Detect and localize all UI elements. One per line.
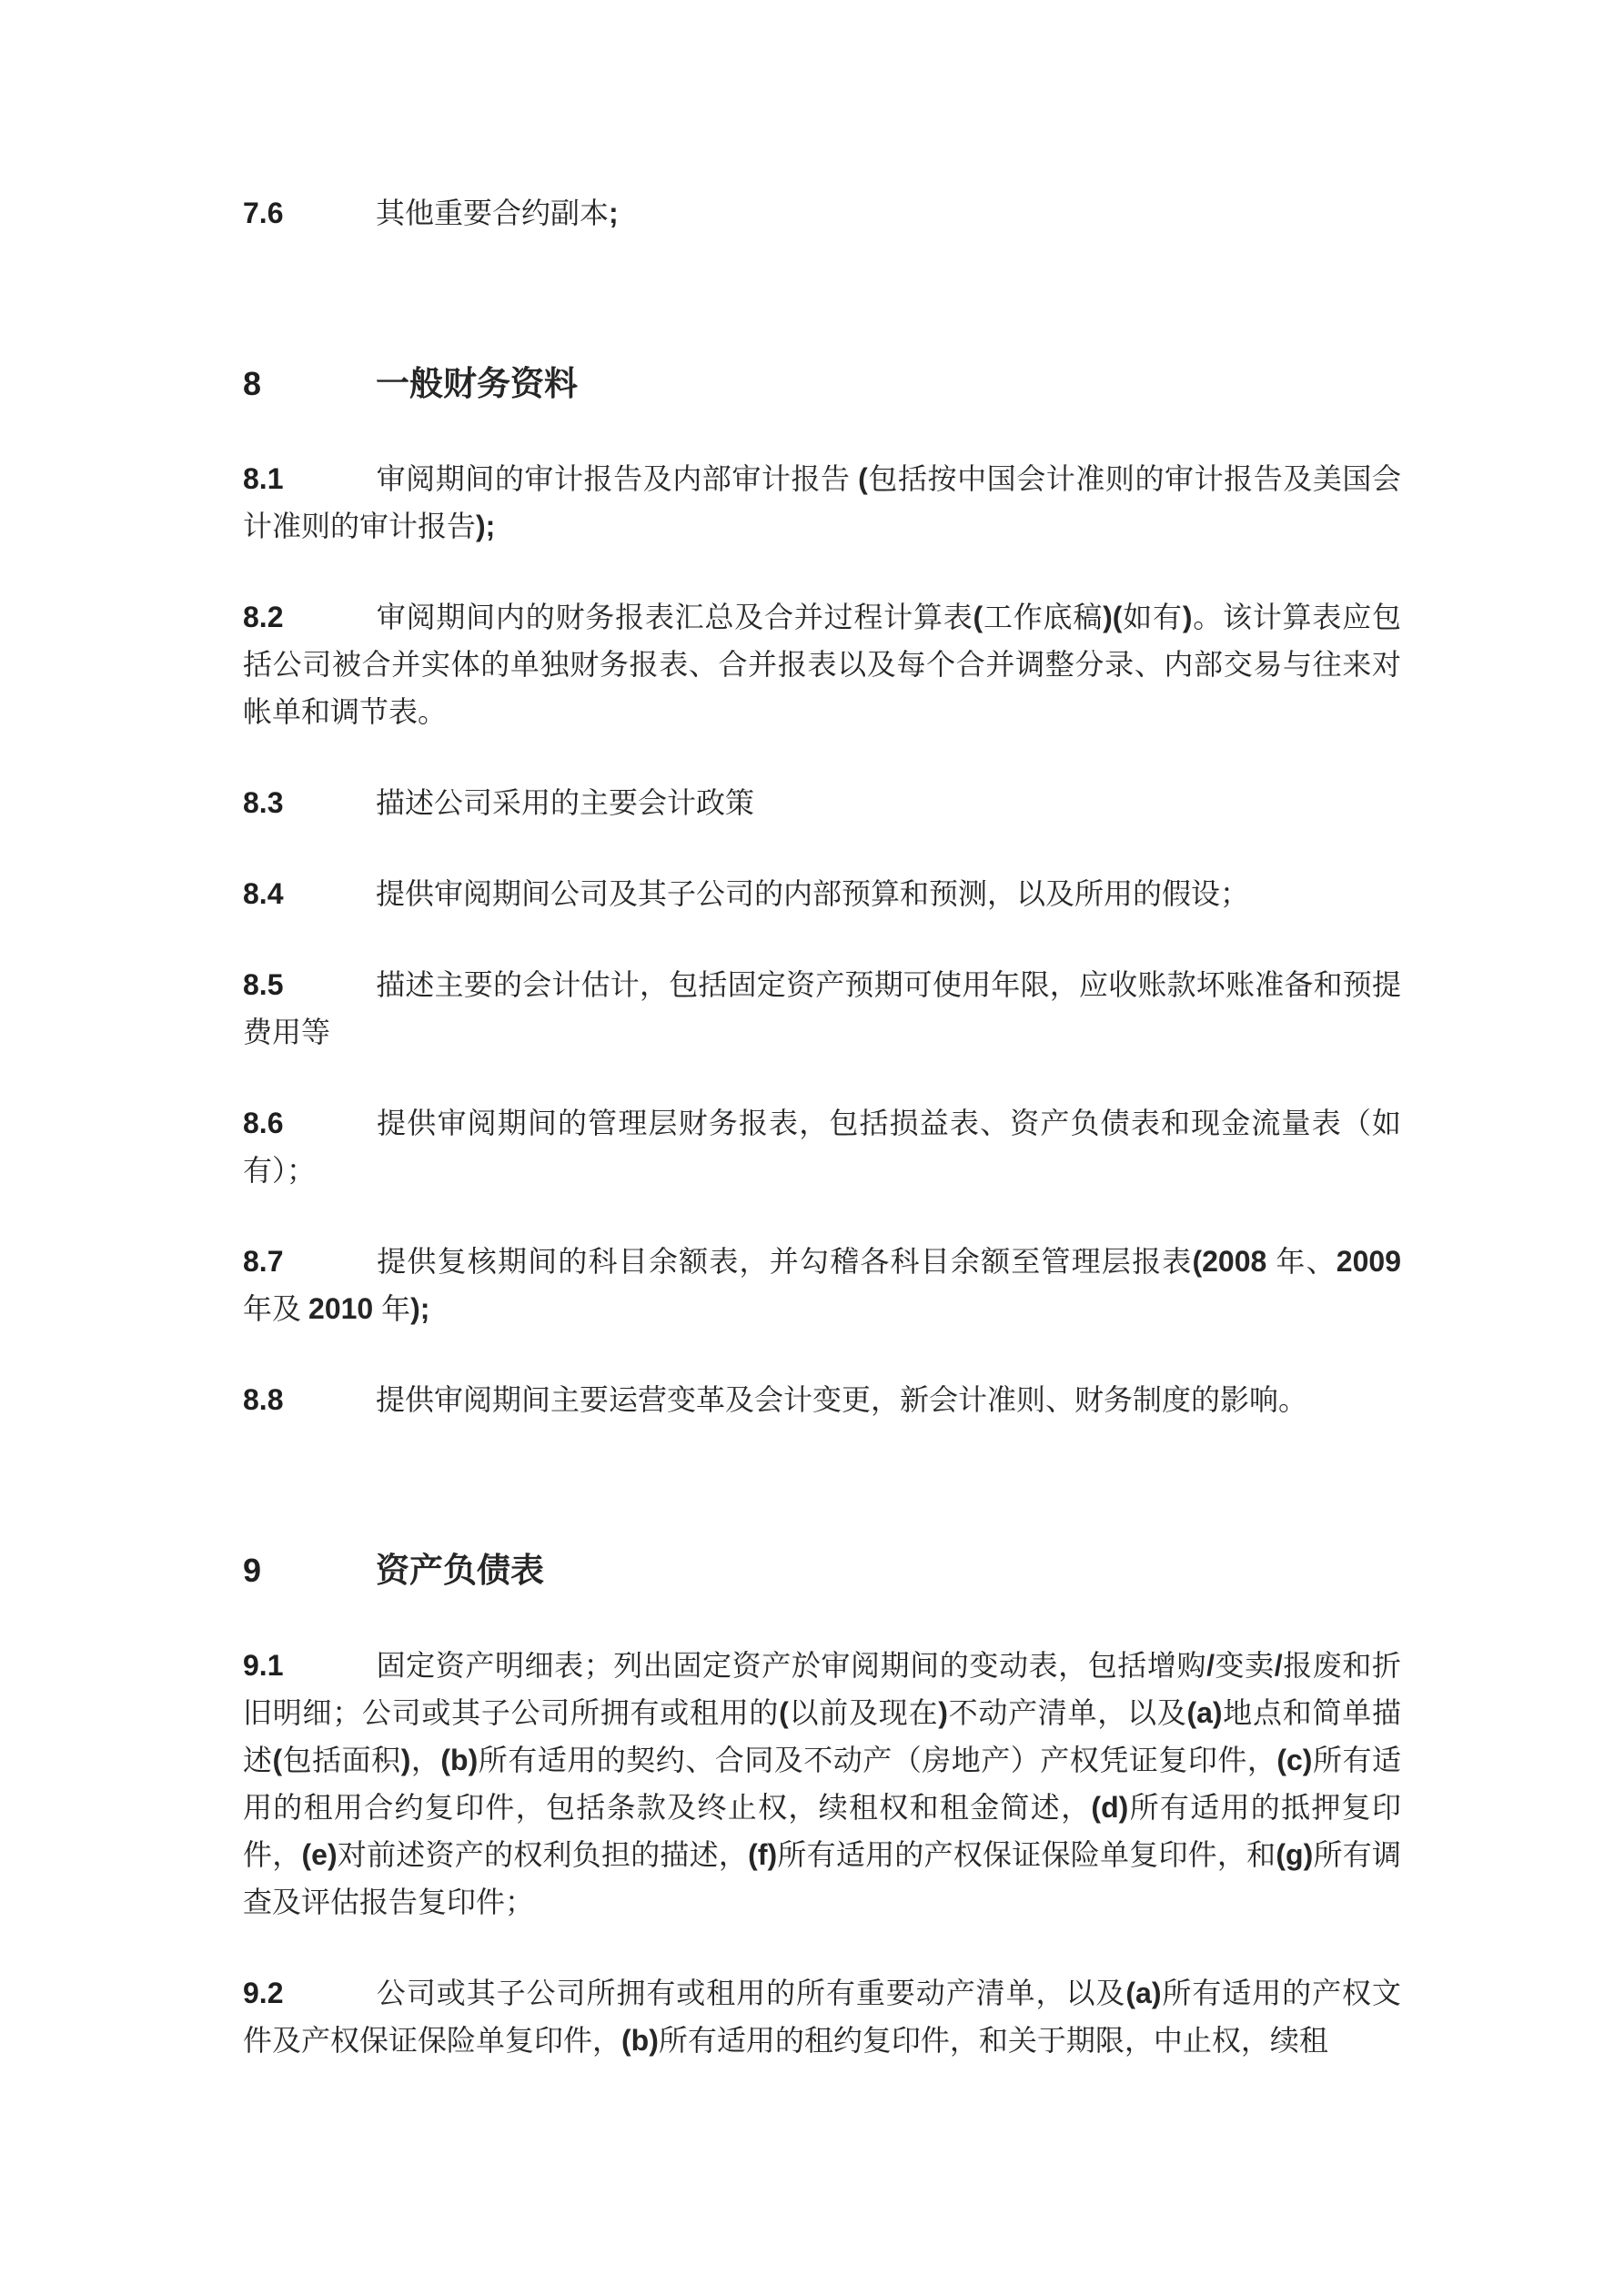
text-run: ( [973, 601, 983, 633]
item-number: 9.1 [243, 1642, 376, 1689]
text-run: / [1275, 1649, 1283, 1682]
text-run: (c) [1276, 1744, 1312, 1776]
text-run: (f) [748, 1838, 777, 1871]
item-number: 8.4 [243, 870, 376, 917]
doc-item-8-4: 8.4提供审阅期间公司及其子公司的内部预算和预测，以及所用的假设； [243, 870, 1401, 917]
text-run: 不动产清单，以及 [948, 1696, 1187, 1729]
item-number: 8.6 [243, 1099, 376, 1147]
text-run: 提供审阅期间的管理层财务报表，包括损益表、资产负债表和现金流量表（如有）； [243, 1107, 1401, 1187]
text-run: ); [476, 510, 495, 542]
text-run: 对前述资产的权利负担的描述， [338, 1838, 749, 1871]
section-heading-8: 8一般财务资料 [243, 358, 1401, 411]
doc-item-8-3: 8.3描述公司采用的主要会计政策 [243, 779, 1401, 826]
item-number: 8 [243, 358, 376, 410]
doc-item-8-5: 8.5描述主要的会计估计，包括固定资产预期可使用年限，应收账款坏账准备和预提费用… [243, 961, 1401, 1056]
text-run: 包括面积 [282, 1744, 401, 1776]
item-number: 8.7 [243, 1238, 376, 1285]
text-run: 资产负债表 [376, 1553, 544, 1590]
text-run: 年及 [243, 1292, 308, 1325]
text-run: 以前及现在 [789, 1696, 938, 1729]
text-run: 审阅期间内的财务报表汇总及合并过程计算表 [376, 601, 973, 633]
text-run: (b) [440, 1744, 478, 1776]
text-run: (d) [1091, 1791, 1128, 1824]
text-run: 所有适用的契约、合同及不动产（房地产）产权凭证复印件， [478, 1744, 1276, 1776]
item-number: 9 [243, 1544, 376, 1597]
text-run: (b) [621, 2024, 659, 2057]
document-page: 7.6其他重要合约副本;8一般财务资料8.1审阅期间的审计报告及内部审计报告 (… [0, 0, 1624, 2296]
doc-item-7-6: 7.6其他重要合约副本; [243, 189, 1401, 237]
doc-item-8-2: 8.2审阅期间内的财务报表汇总及合并过程计算表(工作底稿)(如有)。该计算表应包… [243, 593, 1401, 735]
doc-item-8-6: 8.6提供审阅期间的管理层财务报表，包括损益表、资产负债表和现金流量表（如有）； [243, 1099, 1401, 1194]
text-run: 2009 [1337, 1245, 1401, 1278]
text-run: ) [1183, 601, 1193, 633]
item-number: 8.2 [243, 593, 376, 641]
doc-item-8-8: 8.8提供审阅期间主要运营变革及会计变更，新会计准则、财务制度的影响。 [243, 1376, 1401, 1423]
text-run: 所有适用的租约复印件，和关于期限，中止权，续租 [659, 2024, 1328, 2057]
item-number: 8.8 [243, 1376, 376, 1423]
item-number: 8.5 [243, 961, 376, 1008]
text-run: ( [273, 1744, 283, 1776]
text-run: (2008 [1192, 1245, 1276, 1278]
section-heading-9: 9资产负债表 [243, 1544, 1401, 1598]
text-run: (e) [301, 1838, 337, 1871]
text-run: 一般财务资料 [376, 366, 578, 403]
text-run: ; [609, 197, 619, 229]
text-run: 年、 [1276, 1245, 1336, 1278]
text-run: ( [858, 462, 868, 495]
text-run: 描述公司采用的主要会计政策 [376, 786, 754, 819]
text-run: 工作底稿 [983, 601, 1103, 633]
text-run: (a) [1125, 1977, 1161, 2009]
doc-item-9-1: 9.1固定资产明细表；列出固定资产於审阅期间的变动表，包括增购/变卖/报废和折旧… [243, 1642, 1401, 1926]
text-run: 年 [381, 1292, 410, 1325]
text-run: (g) [1276, 1838, 1313, 1871]
text-run: ， [410, 1744, 440, 1776]
text-run: 提供审阅期间主要运营变革及会计变更，新会计准则、财务制度的影响。 [376, 1383, 1307, 1416]
item-number: 9.2 [243, 1969, 376, 2017]
item-number: 7.6 [243, 189, 376, 237]
text-run: 提供审阅期间公司及其子公司的内部预算和预测，以及所用的假设； [376, 877, 1249, 910]
text-run: 提供复核期间的科目余额表，并勾稽各科目余额至管理层报表 [376, 1245, 1192, 1278]
text-run: 描述主要的会计估计，包括固定资产预期可使用年限，应收账款坏账准备和预提费用等 [243, 968, 1401, 1048]
text-run: ); [410, 1292, 429, 1325]
item-number: 8.1 [243, 455, 376, 502]
text-run: / [1206, 1649, 1215, 1682]
text-run: 变卖 [1215, 1649, 1275, 1682]
text-run: 其他重要合约副本 [376, 197, 609, 229]
text-run: ( [779, 1696, 789, 1729]
text-run: 所有适用的产权保证保险单复印件，和 [777, 1838, 1276, 1871]
text-run: ) [938, 1696, 948, 1729]
text-run: )( [1103, 601, 1122, 633]
document-content: 7.6其他重要合约副本;8一般财务资料8.1审阅期间的审计报告及内部审计报告 (… [243, 189, 1401, 2108]
doc-item-8-1: 8.1审阅期间的审计报告及内部审计报告 (包括按中国会计准则的审计报告及美国会计… [243, 455, 1401, 550]
text-run: (a) [1186, 1696, 1222, 1729]
text-run: 固定资产明细表；列出固定资产於审阅期间的变动表，包括增购 [376, 1649, 1206, 1682]
text-run: 2010 [308, 1292, 381, 1325]
item-number: 8.3 [243, 779, 376, 826]
doc-item-8-7: 8.7提供复核期间的科目余额表，并勾稽各科目余额至管理层报表(2008 年、20… [243, 1238, 1401, 1332]
text-run: 审阅期间的审计报告及内部审计报告 [376, 462, 858, 495]
text-run: 公司或其子公司所拥有或租用的所有重要动产清单，以及 [376, 1977, 1125, 2009]
text-run: ) [401, 1744, 411, 1776]
doc-item-9-2: 9.2公司或其子公司所拥有或租用的所有重要动产清单，以及(a)所有适用的产权文件… [243, 1969, 1401, 2064]
text-run: 如有 [1122, 601, 1182, 633]
